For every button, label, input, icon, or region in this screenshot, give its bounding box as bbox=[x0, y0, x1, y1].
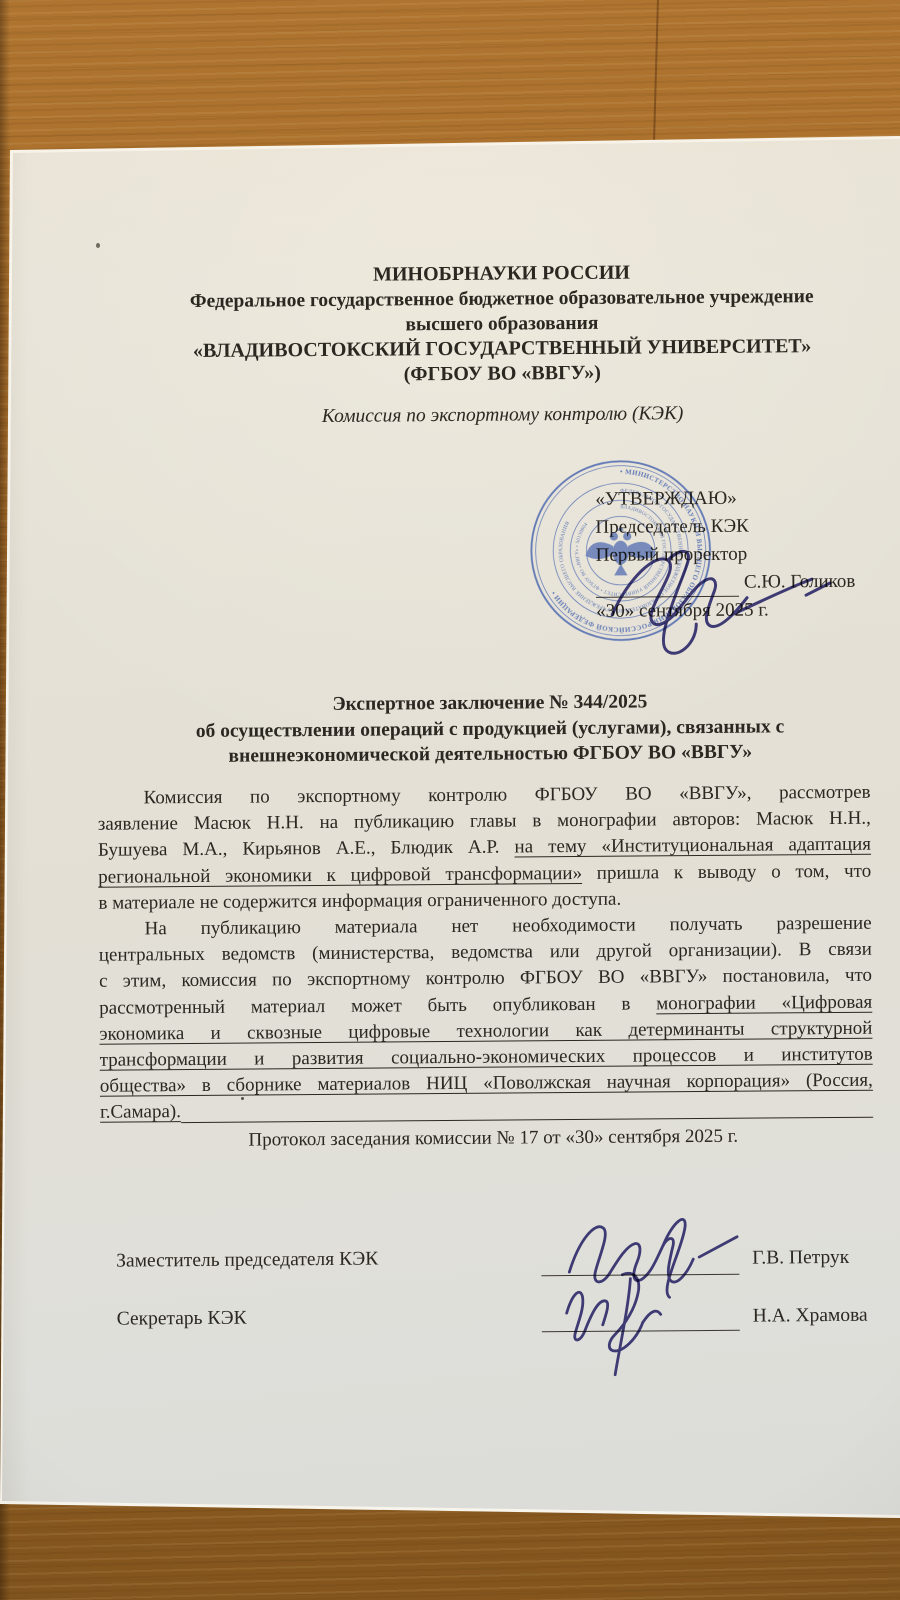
golikov-signature bbox=[583, 517, 844, 669]
secretary-name: Н.А. Храмова bbox=[753, 1305, 868, 1328]
underlined-text: монографии «Цифровая bbox=[656, 991, 872, 1014]
text-run: в материале не содержится информация огр… bbox=[98, 888, 621, 913]
text-run: центральных ведомств (министерства, ведо… bbox=[99, 939, 872, 966]
document-title: Экспертное заключение № 344/2025 об осущ… bbox=[90, 688, 891, 771]
document-line: г.Самара). bbox=[100, 1094, 873, 1126]
document-body: Комиссия по экспортному контролю ФГБОУ В… bbox=[98, 780, 874, 1127]
underline-filler bbox=[181, 1094, 873, 1123]
underlined-text: общества» в сборнике материалов НИЦ «Пов… bbox=[100, 1070, 873, 1097]
protocol-line: Протокол заседания комиссии № 17 от «30»… bbox=[93, 1125, 893, 1153]
secretary-label: Секретарь КЭК bbox=[117, 1308, 247, 1331]
text-run: пришла к выводу о том, что bbox=[582, 860, 871, 883]
letterhead: МИНОБРНАУКИ РОССИИ Федеральное государст… bbox=[101, 258, 900, 389]
text-run: Бушуева М.А., Кирьянов А.Е., Блюдик А.Р. bbox=[98, 837, 515, 861]
text-run: рассмотренный материал может быть опубли… bbox=[99, 993, 656, 1018]
text-run: заявление Масюк Н.Н. на публикацию главы… bbox=[98, 808, 871, 835]
text-run: с этим, комиссия по экспортному контролю… bbox=[99, 965, 872, 992]
committee-name: Комиссия по экспортному контролю (КЭК) bbox=[103, 401, 900, 429]
underlined-text: региональной экономики к цифровой трансф… bbox=[98, 863, 582, 888]
photographed-document: МИНОБРНАУКИ РОССИИ Федеральное государст… bbox=[0, 0, 900, 1600]
document-content: МИНОБРНАУКИ РОССИИ Федеральное государст… bbox=[0, 0, 900, 1600]
underlined-text: трансформации и развития социально-эконо… bbox=[100, 1044, 873, 1071]
underlined-text: экономика и сквозные цифровые технологии… bbox=[99, 1018, 872, 1045]
underlined-text: г.Самара). bbox=[100, 1100, 181, 1127]
underlined-text: на тему «Институциональная адаптация bbox=[514, 834, 871, 858]
text-run: На публикацию материала нет необходимост… bbox=[145, 913, 872, 940]
khramova-signature bbox=[544, 1250, 725, 1381]
deputy-chair-label: Заместитель председателя КЭК bbox=[116, 1249, 378, 1273]
text-run: Комиссия по экспортному контролю ФГБОУ В… bbox=[144, 782, 871, 809]
